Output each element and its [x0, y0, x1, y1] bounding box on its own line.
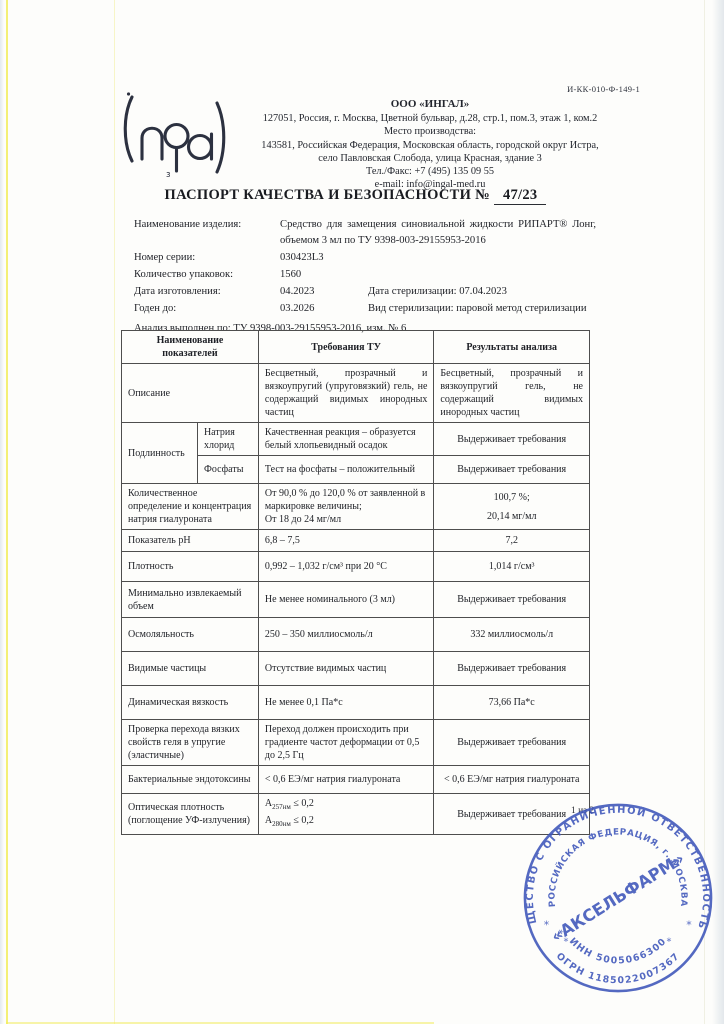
production-address-line1: 143581, Российская Федерация, Московская… [195, 139, 665, 152]
column-header-results: Результаты анализа [434, 331, 590, 364]
logo-open-paren [125, 97, 132, 161]
field-value: 04.2023 [280, 284, 368, 300]
passport-number: 47/23 [494, 187, 547, 205]
scan-fold-line [114, 0, 115, 1024]
result-value: 332 миллиосмоль/л [434, 618, 590, 652]
indicator-name: Проверка перехода вязких свойств геля в … [122, 720, 259, 766]
company-phone: Тел./Факс: +7 (495) 135 09 55 [195, 165, 665, 178]
company-address-line: 127051, Россия, г. Москва, Цветной бульв… [195, 112, 665, 125]
column-header-indicators: Наименование показателей [122, 331, 259, 364]
indicator-name: Видимые частицы [122, 652, 259, 686]
table-row: Видимые частицы Отсутствие видимых части… [122, 652, 590, 686]
stamp-center-group: «АКСЕЛЬФАРМ» * * [548, 849, 688, 946]
field-sterilization-date: Дата стерилизации: 07.04.2023 [368, 284, 596, 300]
field-label: Наименование изделия: [134, 217, 280, 233]
indicator-group-name: Подлинность [122, 423, 198, 484]
stamp-star-right: * [686, 919, 692, 932]
requirement-value: Качественная реакция – образуется белый … [258, 423, 434, 456]
column-header-requirements: Требования ТУ [258, 331, 434, 364]
result-value: Выдерживает требования [434, 652, 590, 686]
scan-left-band [0, 0, 4, 1024]
requirement-value: 250 – 350 миллиосмоль/л [258, 618, 434, 652]
field-sterilization-type: Вид стерилизации: паровой метод стерилиз… [368, 301, 596, 317]
stamp-star-bottom-right: * [667, 937, 672, 948]
result-value: 7,2 [434, 530, 590, 552]
result-value: 73,66 Па*с [434, 686, 590, 720]
indicator-name: Показатель рН [122, 530, 259, 552]
table-row: Бактериальные эндотоксины < 0,6 ЕЭ/мг на… [122, 766, 590, 794]
company-stamp: ОБЩЕСТВО С ОГРАНИЧЕННОЙ ОТВЕТСТВЕННОСТЬЮ… [519, 799, 717, 997]
table-header-row: Наименование показателей Требования ТУ Р… [122, 331, 590, 364]
field-label: Дата изготовления: [134, 284, 280, 300]
title-text: ПАСПОРТ КАЧЕСТВА И БЕЗОПАСНОСТИ № [165, 187, 491, 203]
form-code: И-КК-010-Ф-149-1 [500, 84, 640, 94]
indicator-name: Количественное определение и концентраци… [122, 484, 259, 530]
logo-letter-n [142, 128, 162, 159]
table-row: Плотность 0,992 – 1,032 г/см³ при 20 °С … [122, 552, 590, 582]
requirement-value: < 0,6 ЕЭ/мг натрия гиалуроната [258, 766, 434, 794]
indicator-subname: Натрия хлорид [197, 423, 258, 456]
table-row: Подлинность Натрия хлорид Качественная р… [122, 423, 590, 456]
table-row: Динамическая вязкость Не менее 0,1 Па*с … [122, 686, 590, 720]
requirement-value: Бесцветный, прозрачный и вязкоупругий (у… [258, 364, 434, 423]
result-value: Бесцветный, прозрачный и вязкоупругий ге… [434, 364, 590, 423]
field-value: Средство для замещения синовиальной жидк… [280, 217, 596, 248]
logo-circle-glyph [165, 125, 188, 148]
scan-left-yellow-line [6, 0, 8, 1024]
requirement-value: 6,8 – 7,5 [258, 530, 434, 552]
result-value: Выдерживает требования [434, 720, 590, 766]
company-name: ООО «ИНГАЛ» [195, 98, 665, 111]
indicator-name: Динамическая вязкость [122, 686, 259, 720]
table-row: Показатель рН 6,8 – 7,5 7,2 [122, 530, 590, 552]
indicator-name: Оптическая плотность (поглощение УФ-излу… [122, 794, 259, 835]
field-series-number: Номер серии: 030423L3 [134, 250, 596, 266]
requirement-value: Тест на фосфаты – положительный [258, 456, 434, 484]
indicator-name: Минимально извлекаемый объем [122, 582, 259, 618]
requirement-value: Не менее 0,1 Па*с [258, 686, 434, 720]
production-place-label: Место производства: [195, 125, 665, 138]
field-label: Номер серии: [134, 250, 280, 266]
requirement-line2: А280нм ≤ 0,2 [265, 814, 428, 831]
requirement-line2: От 18 до 24 мг/мл [265, 513, 428, 526]
field-package-count: Количество упаковок: 1560 [134, 267, 596, 283]
table-row: Проверка перехода вязких свойств геля в … [122, 720, 590, 766]
field-product-name: Наименование изделия: Средство для замещ… [134, 217, 596, 248]
result-line2: 20,14 мг/мл [440, 510, 583, 523]
indicator-name: Бактериальные эндотоксины [122, 766, 259, 794]
page-title: ПАСПОРТ КАЧЕСТВА И БЕЗОПАСНОСТИ № 47/23 [121, 187, 590, 204]
table-row: Описание Бесцветный, прозрачный и вязкоу… [122, 364, 590, 423]
result-value: < 0,6 ЕЭ/мг натрия гиалуроната [434, 766, 590, 794]
indicator-subname: Фосфаты [197, 456, 258, 484]
stamp-graphic: ОБЩЕСТВО С ОГРАНИЧЕННОЙ ОТВЕТСТВЕННОСТЬЮ… [519, 799, 717, 997]
table-row: Количественное определение и концентраци… [122, 484, 590, 530]
field-value: 030423L3 [280, 250, 368, 266]
field-label: Годен до: [134, 301, 280, 317]
field-value: 03.2026 [280, 301, 368, 317]
spec-table: Наименование показателей Требования ТУ Р… [121, 330, 590, 835]
company-header: ООО «ИНГАЛ» 127051, Россия, г. Москва, Ц… [195, 98, 665, 191]
stamp-inn-text: ИНН 5005066300 [567, 936, 669, 967]
field-expiry-date: Годен до: 03.2026 Вид стерилизации: паро… [134, 301, 596, 317]
indicator-name: Плотность [122, 552, 259, 582]
logo-small-mark: з [166, 170, 171, 180]
field-value: 1560 [280, 267, 368, 283]
table-row: Осмоляльность 250 – 350 миллиосмоль/л 33… [122, 618, 590, 652]
field-manufacture-date: Дата изготовления: 04.2023 Дата стерилиз… [134, 284, 596, 300]
requirement-value: Не менее номинального (3 мл) [258, 582, 434, 618]
indicator-name: Описание [122, 364, 259, 423]
requirement-line1: А257нм ≤ 0,2 [265, 797, 428, 814]
requirement-value: 0,992 – 1,032 г/см³ при 20 °С [258, 552, 434, 582]
fields-block: Наименование изделия: Средство для замещ… [134, 217, 596, 337]
result-value: 1,014 г/см³ [434, 552, 590, 582]
table-row: Минимально извлекаемый объем Не менее но… [122, 582, 590, 618]
logo-dot [127, 92, 130, 95]
result-value: Выдерживает требования [434, 456, 590, 484]
result-value: Выдерживает требования [434, 423, 590, 456]
result-value: Выдерживает требования [434, 582, 590, 618]
field-label: Количество упаковок: [134, 267, 280, 283]
result-line1: 100,7 %; [440, 491, 583, 504]
requirement-value: Переход должен происходить при градиенте… [258, 720, 434, 766]
requirement-value: Отсутствие видимых частиц [258, 652, 434, 686]
production-address-line2: село Павловская Слобода, улица Красная, … [195, 152, 665, 165]
requirement-line1: От 90,0 % до 120,0 % от заявленной в мар… [265, 487, 428, 513]
stamp-center-text: «АКСЕЛЬФАРМ» [548, 849, 688, 946]
indicator-name: Осмоляльность [122, 618, 259, 652]
